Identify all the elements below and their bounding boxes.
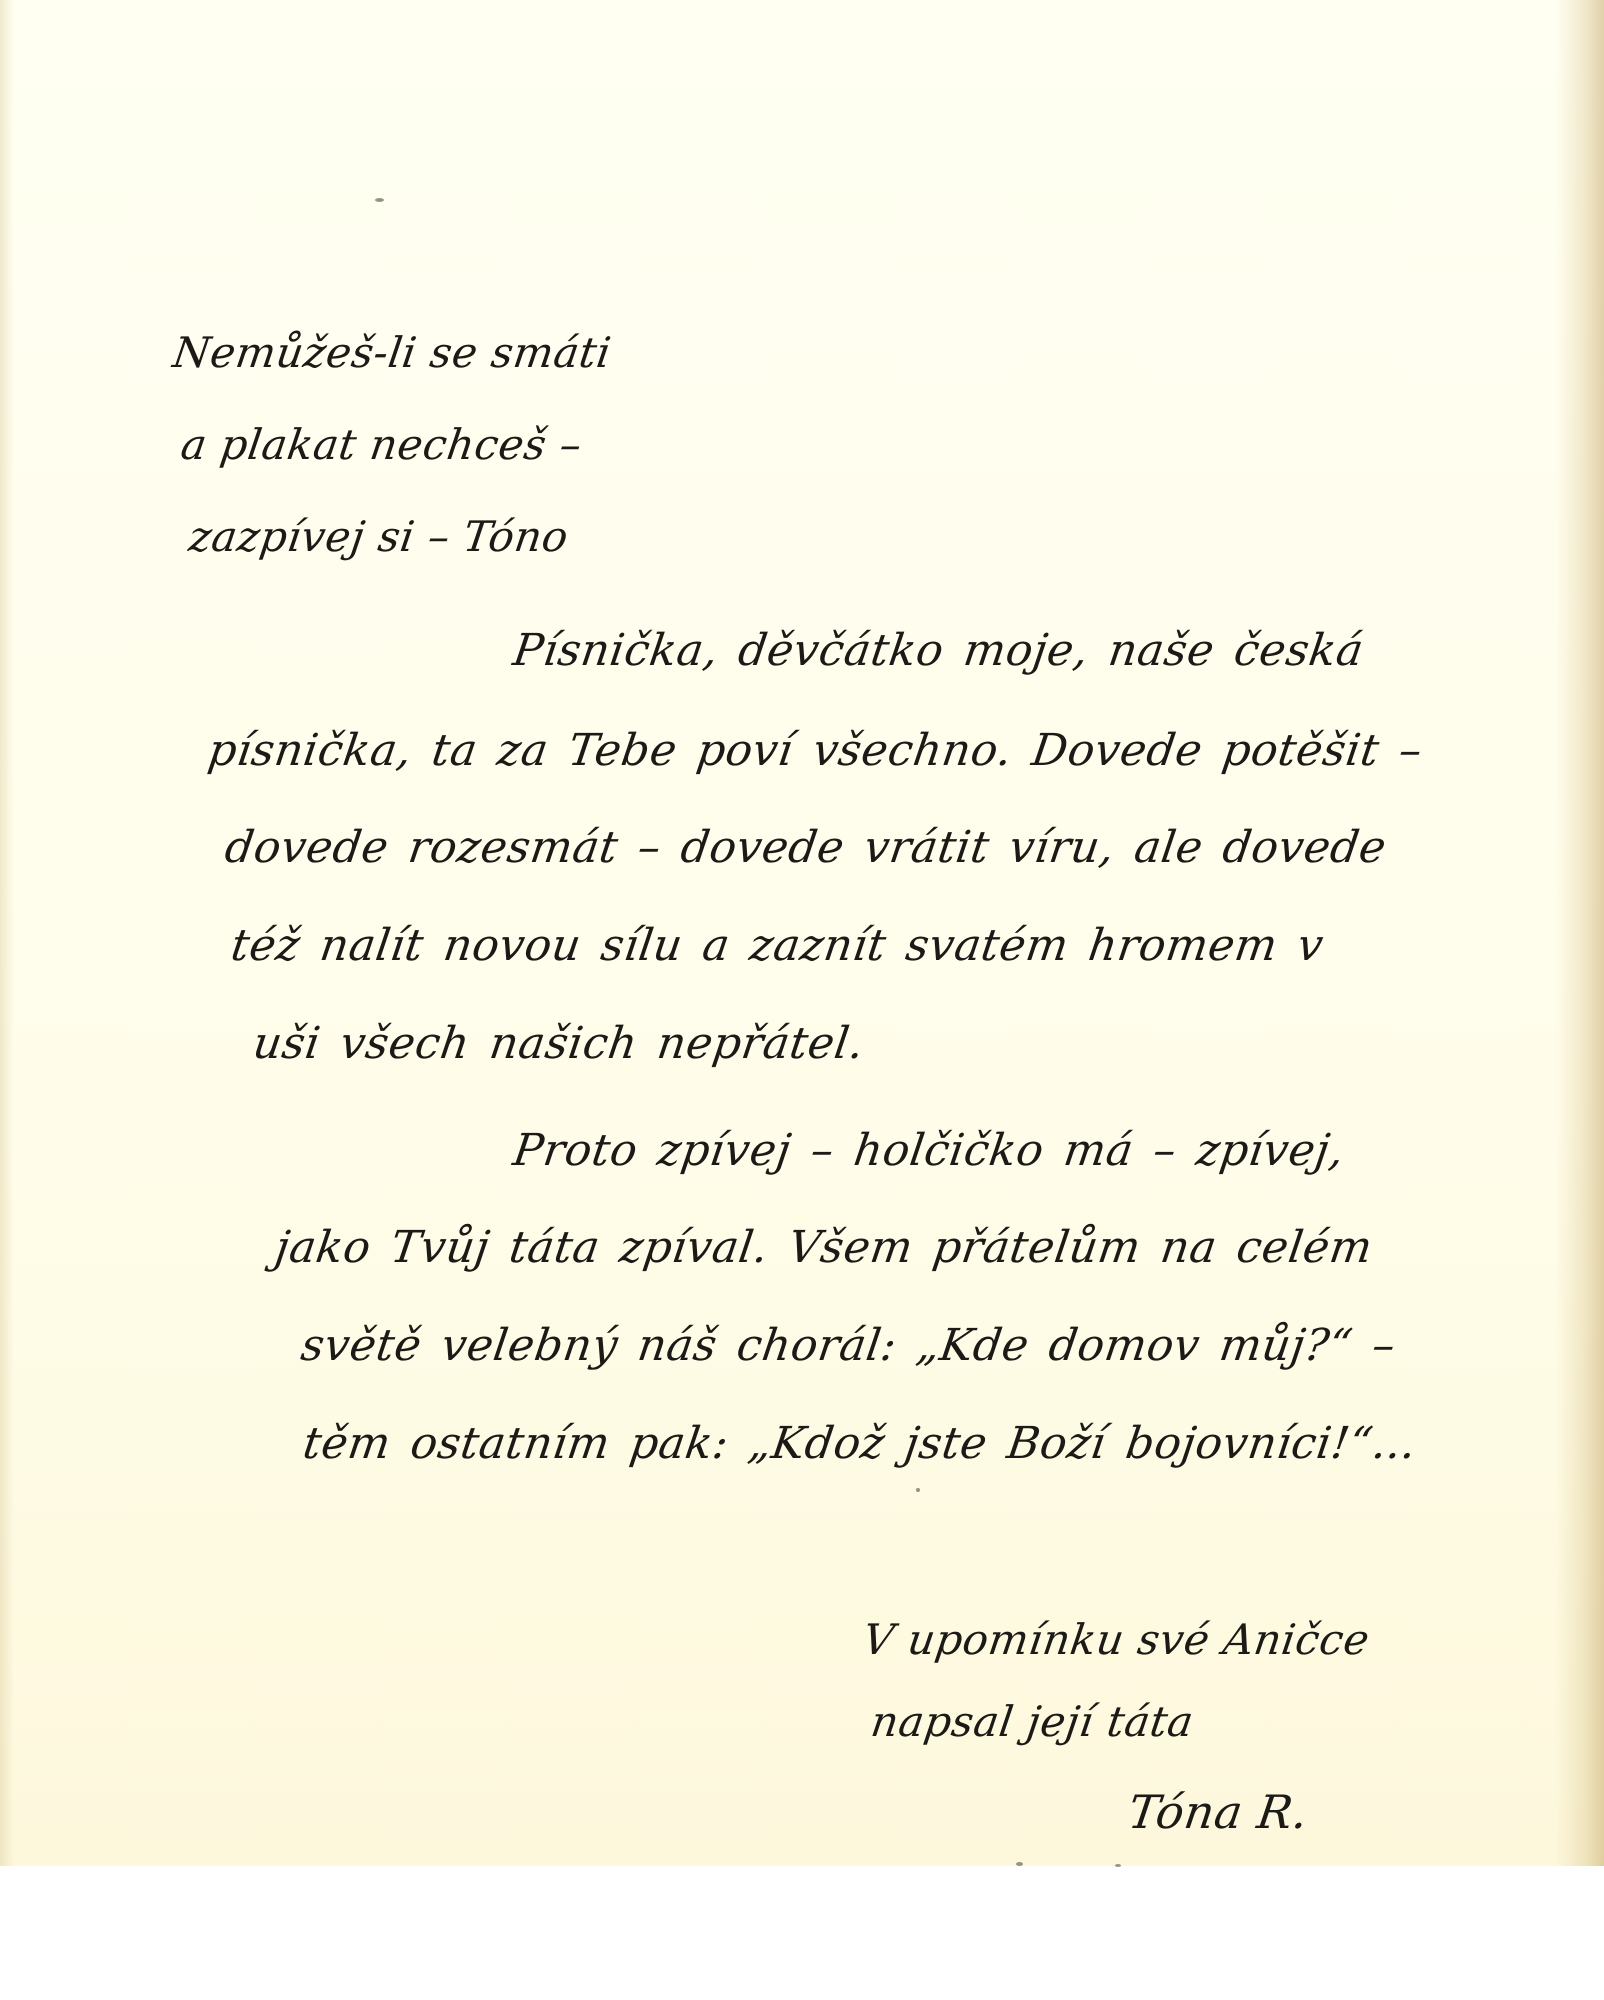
ink-speck (1115, 1864, 1121, 1867)
letter-page: Nemůžeš-li se smáti a plakat nechceš – z… (0, 0, 1604, 1866)
paragraph-line: světě velebný náš chorál: „Kde domov můj… (298, 1320, 1399, 1371)
paragraph-line: jako Tvůj táta zpíval. Všem přátelům na … (272, 1222, 1376, 1273)
dedication-line: napsal její táta (868, 1697, 1197, 1746)
paragraph-line: těm ostatním pak: „Kdož jste Boží bojovn… (300, 1418, 1420, 1469)
paragraph-line: Proto zpívej – holčičko má – zpívej, (510, 1125, 1348, 1176)
motto-line: zazpívej si – Tóno (186, 512, 572, 561)
motto-line: a plakat nechceš – (178, 420, 585, 469)
paragraph-line: též nalít novou sílu a zaznít svatém hro… (228, 920, 1327, 971)
paragraph-line: písnička, ta za Tebe poví všechno. Doved… (205, 725, 1425, 776)
dedication-line: V upomínku své Aničce (860, 1615, 1373, 1664)
signature: Tóna R. (1125, 1785, 1312, 1839)
ink-speck (1016, 1862, 1023, 1866)
ink-speck (375, 198, 384, 202)
paragraph-line: uši všech našich nepřátel. (250, 1018, 867, 1069)
paragraph-line: Písnička, děvčátko moje, naše česká (510, 625, 1367, 676)
paragraph-line: dovede rozesmát – dovede vrátit víru, al… (222, 822, 1389, 873)
ink-speck (916, 1488, 920, 1492)
motto-line: Nemůžeš-li se smáti (170, 328, 614, 377)
